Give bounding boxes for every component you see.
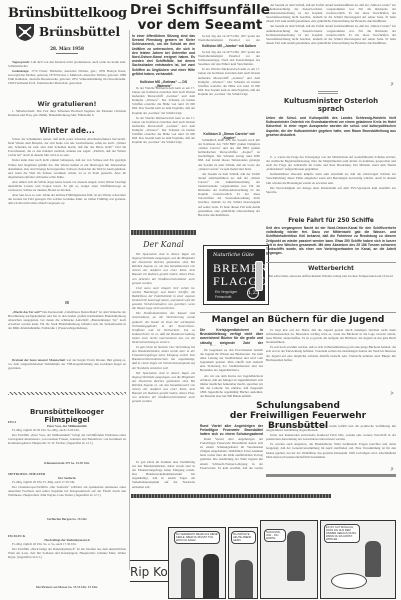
kultur-heading-line1: Kultusminister Osterloh [266,97,396,105]
masthead-title-line2: Brünsbüttel [39,25,120,39]
tobacco-tin-icon [255,261,263,291]
kanal-heading: Der Kanal [131,240,196,249]
mangel-lead: Die Kreisjugendbücherei in Brunsbüttelko… [200,328,263,346]
comic-panel-3: NUN DANN, JOE... ICH WARTE. [260,520,318,599]
feuerwehr-lead: Rund Viertel aller Angehörigen der Freiw… [200,424,263,436]
mangel-article-col1: Im Gegensatz zu den Erwachsenen bezieht … [200,348,263,398]
film-extra-metropol: Verfluchte Bergen So. 15 Uhr. [8,517,126,522]
comic-figure [287,531,305,581]
congrats-heading: Wir gratulieren! [8,100,126,108]
weather-text: Bei schwachen, zeitweise auffrischenden … [266,274,396,286]
film-entry-metropol: METROPOL-THEATER Der Seefuchs Fr.-Mtg. t… [8,472,126,516]
comic-panel-4: ES IST GUT MÖGLICH, DASS ICH AUS DEM ZIM… [320,520,396,599]
ad-tagline: Naturliche Güte [213,252,254,258]
lead-headline-line2: vor dem Seeamt [130,18,270,33]
kultur-lead: Ueber die Schul- und Kulturpolitik des L… [266,116,396,152]
kanal-article: Wir Sparsamen sind in diesen Tagen als T… [132,252,195,457]
lead-signature: Jf. [266,82,394,86]
film-extra-feli: Kilometerstein 375 So. 15.30 Uhr. [8,461,126,466]
lead-intro: In einer öffentlichen Sitzung sind das S… [132,34,195,78]
issue-date: 28. März 1958 [8,46,126,51]
feuerwehr-headline-line1: Schulungsabend [200,401,396,411]
kultur-article: U. a. wurde die Frage des Uebergangs von… [266,155,396,215]
dreimal-article: Dreimal der beste unserer Mannschaft war… [8,358,126,386]
article-jumbo: In den Tag des 14.1975 DM. 1957 geriet d… [198,50,260,128]
freie-fahrt-article: Seit den vergangenen Nacht ist der Nord-… [266,226,396,258]
bremer-flagge-ad[interactable]: Naturliche Güte BREMER FLAGGE Ein Vergnü… [203,245,269,305]
divider [318,91,338,92]
subheading-jumbo: Kollision MS „Jumbo“ mit Dalben [198,44,260,48]
comic-figure [235,560,253,599]
speech-bubble: NUN DANN, JOE... ICH WARTE. [264,529,286,542]
winter-article: Schon die Schulkinder lernen, daß nicht … [8,137,126,297]
ad-panel: Naturliche Güte BREMER FLAGGE Ein Vergnü… [207,249,265,301]
divider [56,53,78,54]
lead-headline: Drei Schiffsunfälle vor dem Seeamt [130,3,270,33]
lead-continued-col: das Seeamt zu dem Schluß, daß der Unfall… [266,3,396,81]
divider [266,262,396,263]
divider [131,494,331,498]
lead-continued: In den Tag des 14.1975 DM. 1957 geriet d… [198,34,260,42]
feuerwehr-article-col1: Rund Viertel aller Angehörigen der Freiw… [200,437,263,471]
winter-heading: Winter ade... [8,126,126,135]
film-entry-feli: FELI Peter Voss, der Millionendieb Fr.-M… [8,420,126,460]
freie-fahrt-heading: Freie Fahrt für 250 Schiffe [266,218,396,224]
divider [318,93,338,94]
mangel-article-col2: Es liegt klar auf der Hand, daß die Juge… [266,328,396,392]
ad-small-line2: Feinschnitt [215,295,231,299]
divider [131,230,196,235]
mangel-signature: Jr. [266,391,394,395]
divider [200,312,396,313]
comic-object [331,573,367,589]
film-entry-filmeck: FILM-ECK Hoch klingt der Radetzkymarsch … [8,534,126,584]
separator-icon: ⊞ [8,300,126,306]
comic-figure [181,558,195,599]
speech-bubble: ICH MÖCHTE HEUTE ABEND GERN... [231,531,256,544]
comic-figure [203,554,219,599]
daily-notes: Tagesspruch: Laß dich von den Kindern ni… [8,60,126,90]
ad-small-line1: Ein Vergnügen [215,290,237,294]
kanal-article-end: Es gab schon im Sommer eine Vermittlung … [132,460,195,488]
masthead: Brünsbüttelkoog Brünsbüttel 28. März 195… [8,6,126,54]
tor-article: „Macht das Tor auf!“ Das Kuratorium „Unt… [8,310,126,356]
lead-headline-line1: Drei Schiffsunfälle [130,3,270,18]
comic-rule [130,581,170,582]
column-rule [129,30,130,570]
divider [266,474,396,477]
mangel-headline: Mangel an Büchern für die Jugend [200,315,396,325]
comic-figure [365,541,381,577]
comic-panel-2: ICH MÖCHTE HEUTE ABEND GERN... [228,527,258,599]
article-gotinas: In der Weiche Dückerswisch kam es am 17.… [132,86,195,196]
feuerwehr-signature: Jf. [266,467,394,471]
weather-heading: Wetterbericht [266,266,396,272]
kultur-heading: Kultusminister Osterloh sprach [266,97,396,113]
speech-bubble: DU VERDIENST MEHR ALS DIESE KERLE, ABER … [174,531,220,544]
film-extra-filmeck: Die Piraten von Macao So. 15.15 Uhr. 15 … [8,585,126,590]
congrats-text: 1. Silberhochzeit: Das Fest ihrer Silber… [8,109,126,123]
comic-panel-1: DU VERDIENST MEHR ALS DIESE KERLE, ABER … [168,527,226,599]
feuerwehr-article-col2: einer Kfz-Aufbaugenehmigung. Das Gerät w… [266,424,396,468]
speech-bubble: ES IST GUT MÖGLICH, DASS ICH AUS DEM ZIM… [324,524,360,543]
divider [8,392,126,395]
coat-of-arms-icon [14,22,36,42]
comic-rule [130,560,170,561]
masthead-title-line1: Brünsbüttelkoog [8,6,126,21]
article-carrelo: Schließlich hatte sich das Seeamt noch m… [198,138,260,222]
kultur-heading-line2: sprach [266,105,396,113]
